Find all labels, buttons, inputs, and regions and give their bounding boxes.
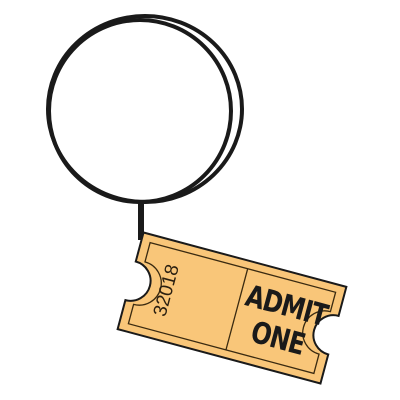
admit-one-ticket: 32018 ADMIT ONE — [118, 233, 347, 384]
keyring-ticket-illustration: 32018 ADMIT ONE — [0, 0, 400, 400]
key-ring-icon — [48, 16, 242, 202]
